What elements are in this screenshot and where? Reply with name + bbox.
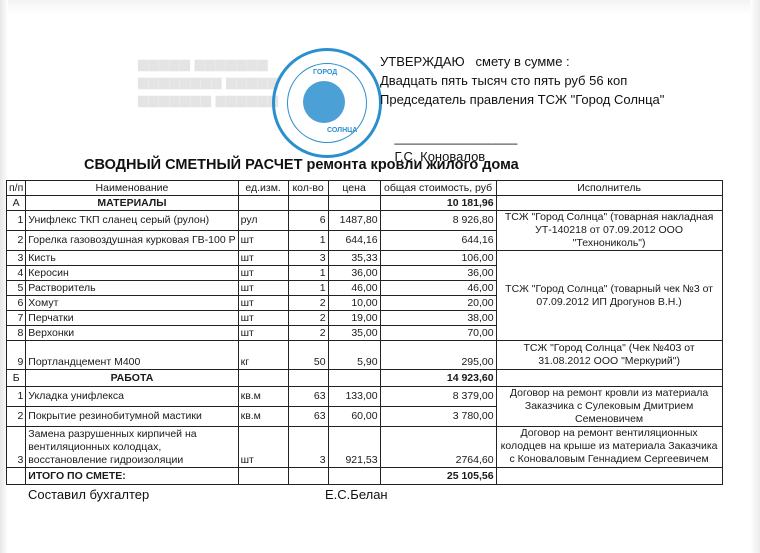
section-name: МАТЕРИАЛЫ — [26, 196, 238, 211]
row-price: 10,00 — [328, 296, 380, 311]
row-total: 36,00 — [380, 266, 496, 281]
row-price: 35,00 — [328, 326, 380, 341]
row-price: 60,00 — [328, 407, 380, 427]
header-name: Наименование — [26, 181, 238, 196]
row-total: 8 379,00 — [380, 387, 496, 407]
header-executor: Исполнитель — [496, 181, 722, 196]
row-qty: 1 — [288, 281, 328, 296]
stamp-sun-emblem-icon — [303, 81, 345, 123]
row-name: Растворитель — [26, 281, 238, 296]
row-executor: Договор на ремонт вентиляционных колодце… — [496, 427, 722, 468]
bleed-through-text: ▆▆▆▆▆ ▆▆▆▆▆▆▆ — [138, 56, 268, 72]
signature-line: _________________ — [394, 130, 517, 145]
section-name: РАБОТА — [26, 370, 238, 387]
row-price: 1487,80 — [328, 211, 380, 231]
section-total: 10 181,96 — [380, 196, 496, 211]
row-num: 1 — [7, 211, 26, 231]
row-price: 644,16 — [328, 231, 380, 251]
row-qty: 6 — [288, 211, 328, 231]
approval-heading: УТВЕРЖДАЮ смету в сумме : — [380, 52, 664, 71]
organization-stamp: ГОРОД СОЛНЦА — [272, 48, 382, 158]
scan-edge-right — [750, 0, 760, 553]
row-price: 46,00 — [328, 281, 380, 296]
row-total: 3 780,00 — [380, 407, 496, 427]
table-row: 3 Кисть шт 3 35,33 106,00 ТСЖ "Город Сол… — [7, 251, 723, 266]
row-num: 3 — [7, 251, 26, 266]
row-num: 8 — [7, 326, 26, 341]
row-total: 8 926,80 — [380, 211, 496, 231]
row-name: Унифлекс ТКП сланец серый (рулон) — [26, 211, 238, 231]
row-unit: шт — [238, 296, 288, 311]
row-name: Укладка унифлекса — [26, 387, 238, 407]
row-qty: 3 — [288, 251, 328, 266]
row-total: 106,00 — [380, 251, 496, 266]
row-qty: 3 — [288, 427, 328, 468]
section-row-work: Б РАБОТА 14 923,60 — [7, 370, 723, 387]
row-unit: шт — [238, 266, 288, 281]
row-price: 19,00 — [328, 311, 380, 326]
bleed-through-text: ▆▆▆▆▆▆▆▆ ▆▆▆▆▆ — [138, 74, 279, 90]
row-name: Хомут — [26, 296, 238, 311]
section-row-materials: А МАТЕРИАЛЫ 10 181,96 — [7, 196, 723, 211]
stamp-top-text: ГОРОД — [313, 69, 337, 76]
row-executor: ТСЖ "Город Солнца" (Чек №403 от 31.08.20… — [496, 341, 722, 370]
row-unit: шт — [238, 311, 288, 326]
row-unit: кг — [238, 341, 288, 370]
row-qty: 63 — [288, 407, 328, 427]
row-total: 46,00 — [380, 281, 496, 296]
scan-edge-top — [0, 0, 760, 14]
row-executor: Договор на ремонт кровли из материала За… — [496, 387, 722, 427]
grand-total-row: ИТОГО ПО СМЕТЕ: 25 105,56 — [7, 468, 723, 485]
row-unit: шт — [238, 281, 288, 296]
grand-total-value: 25 105,56 — [380, 468, 496, 485]
table-row: 9 Портландцемент М400 кг 50 5,90 295,00 … — [7, 341, 723, 370]
row-qty: 1 — [288, 231, 328, 251]
row-price: 5,90 — [328, 341, 380, 370]
row-qty: 50 — [288, 341, 328, 370]
row-num: 2 — [7, 231, 26, 251]
row-name: Портландцемент М400 — [26, 341, 238, 370]
row-unit: кв.м — [238, 407, 288, 427]
row-num: 2 — [7, 407, 26, 427]
row-num: 5 — [7, 281, 26, 296]
row-price: 921,53 — [328, 427, 380, 468]
section-total: 14 923,60 — [380, 370, 496, 387]
row-total: 70,00 — [380, 326, 496, 341]
header-qty: кол-во — [288, 181, 328, 196]
row-num: 7 — [7, 311, 26, 326]
row-num: 4 — [7, 266, 26, 281]
row-qty: 1 — [288, 266, 328, 281]
row-name: Перчатки — [26, 311, 238, 326]
bleed-through-text: ▆▆▆▆▆▆▆ ▆▆▆▆▆▆ — [138, 92, 279, 108]
row-total: 20,00 — [380, 296, 496, 311]
section-code: Б — [7, 370, 26, 387]
header-total: общая стоимость, руб — [380, 181, 496, 196]
approval-signature: _________________ Г.С. Коновалов — [380, 109, 664, 185]
row-qty: 2 — [288, 311, 328, 326]
header-unit: ед.изм. — [238, 181, 288, 196]
row-total: 295,00 — [380, 341, 496, 370]
compiled-by-name: Е.С.Белан — [325, 487, 388, 502]
row-num: 1 — [7, 387, 26, 407]
grand-total-label: ИТОГО ПО СМЕТЕ: — [26, 468, 238, 485]
row-executor: ТСЖ "Город Солнца" (товарная накладная У… — [496, 211, 722, 251]
row-unit: кв.м — [238, 387, 288, 407]
row-name: Верхонки — [26, 326, 238, 341]
row-qty: 2 — [288, 326, 328, 341]
row-num: 3 — [7, 427, 26, 468]
header-num: п/п — [7, 181, 26, 196]
table-row: 1 Укладка унифлекса кв.м 63 133,00 8 379… — [7, 387, 723, 407]
table-header-row: п/п Наименование ед.изм. кол-во цена общ… — [7, 181, 723, 196]
row-unit: шт — [238, 326, 288, 341]
approval-amount-words: Двадцать пять тысяч сто пять руб 56 коп — [380, 71, 664, 90]
row-total: 38,00 — [380, 311, 496, 326]
section-code: А — [7, 196, 26, 211]
row-price: 133,00 — [328, 387, 380, 407]
row-qty: 2 — [288, 296, 328, 311]
row-num: 9 — [7, 341, 26, 370]
row-price: 36,00 — [328, 266, 380, 281]
table-row: 1 Унифлекс ТКП сланец серый (рулон) рул … — [7, 211, 723, 231]
row-unit: шт — [238, 427, 288, 468]
header-price: цена — [328, 181, 380, 196]
row-executor: ТСЖ "Город Солнца" (товарный чек №3 от 0… — [496, 251, 722, 341]
stamp-bottom-text: СОЛНЦА — [327, 127, 357, 134]
row-unit: шт — [238, 231, 288, 251]
row-total: 2764,60 — [380, 427, 496, 468]
row-name: Горелка газовоздушная курковая ГВ-100 Р — [26, 231, 238, 251]
approval-position: Председатель правления ТСЖ "Город Солнца… — [380, 90, 664, 109]
row-name: Керосин — [26, 266, 238, 281]
table-row: 3 Замена разрушенных кирпичей на вентиля… — [7, 427, 723, 468]
row-name: Кисть — [26, 251, 238, 266]
estimate-table: п/п Наименование ед.изм. кол-во цена общ… — [6, 180, 723, 485]
row-unit: шт — [238, 251, 288, 266]
row-name: Замена разрушенных кирпичей на вентиляци… — [26, 427, 238, 468]
row-name: Покрытие резинобитумной мастики — [26, 407, 238, 427]
row-qty: 63 — [288, 387, 328, 407]
row-price: 35,33 — [328, 251, 380, 266]
row-num: 6 — [7, 296, 26, 311]
document-title: СВОДНЫЙ СМЕТНЫЙ РАСЧЕТ ремонта кровли жи… — [84, 157, 519, 173]
row-total: 644,16 — [380, 231, 496, 251]
compiled-by-role: Составил бухгалтер — [28, 487, 149, 502]
row-unit: рул — [238, 211, 288, 231]
